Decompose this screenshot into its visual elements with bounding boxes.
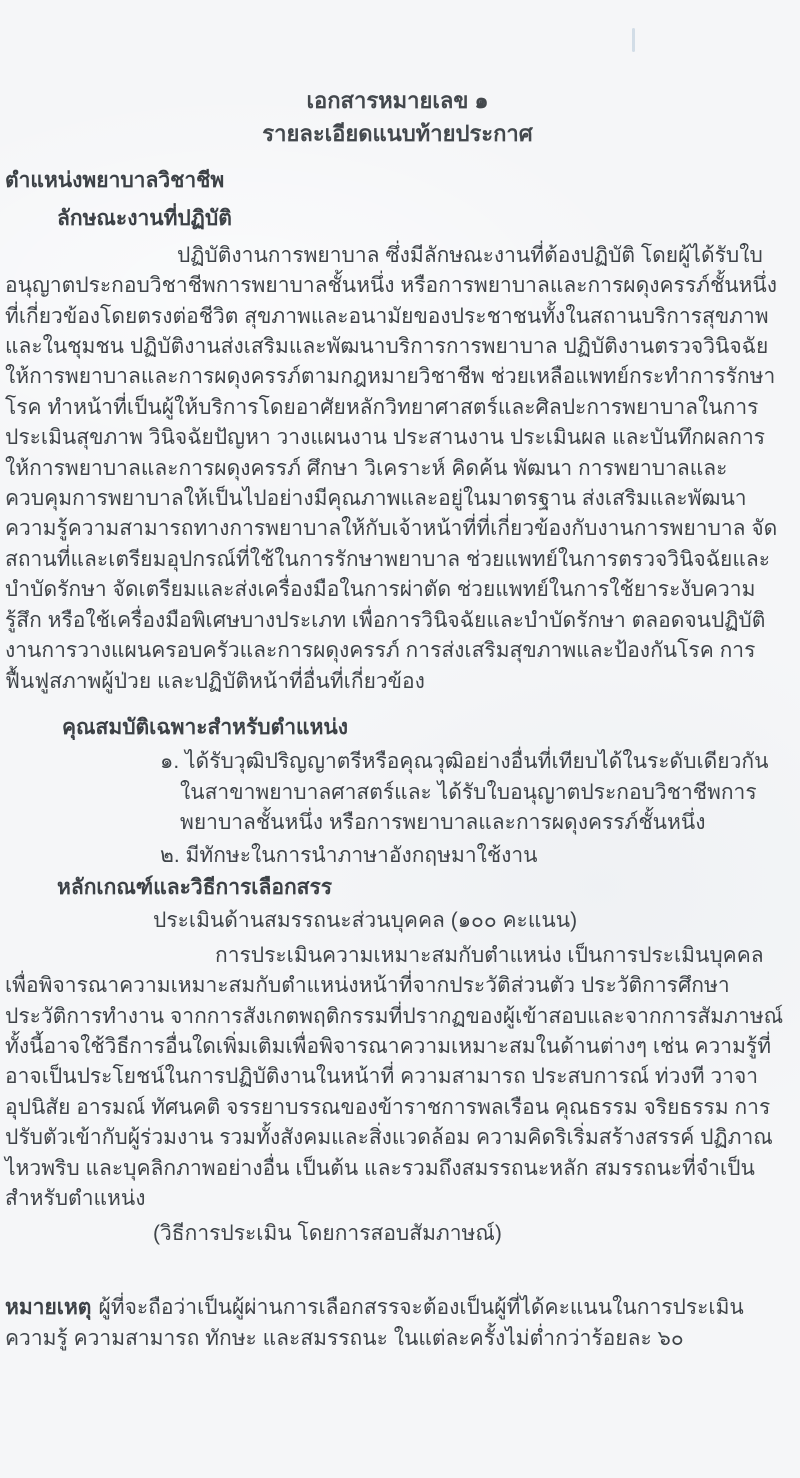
footnote-label: หมายเหตุ <box>5 1296 91 1319</box>
duties-paragraph: ปฏิบัติงานการพยาบาล ซึ่งมีลักษณะงานที่ต้… <box>5 241 790 697</box>
footnote: หมายเหตุผู้ที่จะถือว่าเป็นผู้ผ่านการเลือ… <box>5 1293 788 1354</box>
selection-paragraph: การประเมินความเหมาะสมกับตำแหน่ง เป็นการป… <box>5 941 790 1215</box>
document-number-title: เอกสารหมายเลข ๑ <box>5 84 790 117</box>
qualification-item-1: ๑. ได้รับวุฒิปริญญาตรีหรือคุณวุฒิอย่างอื… <box>180 747 776 838</box>
assessment-method-line: (วิธีการประเมิน โดยการสอบสัมภาษณ์) <box>153 1219 790 1249</box>
duties-heading: ลักษณะงานที่ปฏิบัติ <box>57 204 790 234</box>
qualification-item-2: ๒. มีทักษะในการนำภาษาอังกฤษมาใช้งาน <box>160 841 790 871</box>
scanned-document-page: เอกสารหมายเลข ๑ รายละเอียดแนบท้ายประกาศ … <box>0 0 800 1478</box>
scan-artifact-mark <box>632 28 635 52</box>
position-heading: ตำแหน่งพยาบาลวิชาชีพ <box>5 166 790 196</box>
document-title-block: เอกสารหมายเลข ๑ รายละเอียดแนบท้ายประกาศ <box>5 84 790 150</box>
assessment-score-line: ประเมินด้านสมรรถนะส่วนบุคคล (๑๐๐ คะแนน) <box>153 906 790 936</box>
document-subtitle: รายละเอียดแนบท้ายประกาศ <box>5 117 790 150</box>
selection-criteria-heading: หลักเกณฑ์และวิธีการเลือกสรร <box>57 873 790 903</box>
qualifications-heading: คุณสมบัติเฉพาะสำหรับตำแหน่ง <box>62 713 790 743</box>
footnote-text: ผู้ที่จะถือว่าเป็นผู้ผ่านการเลือกสรรจะต้… <box>5 1296 744 1350</box>
